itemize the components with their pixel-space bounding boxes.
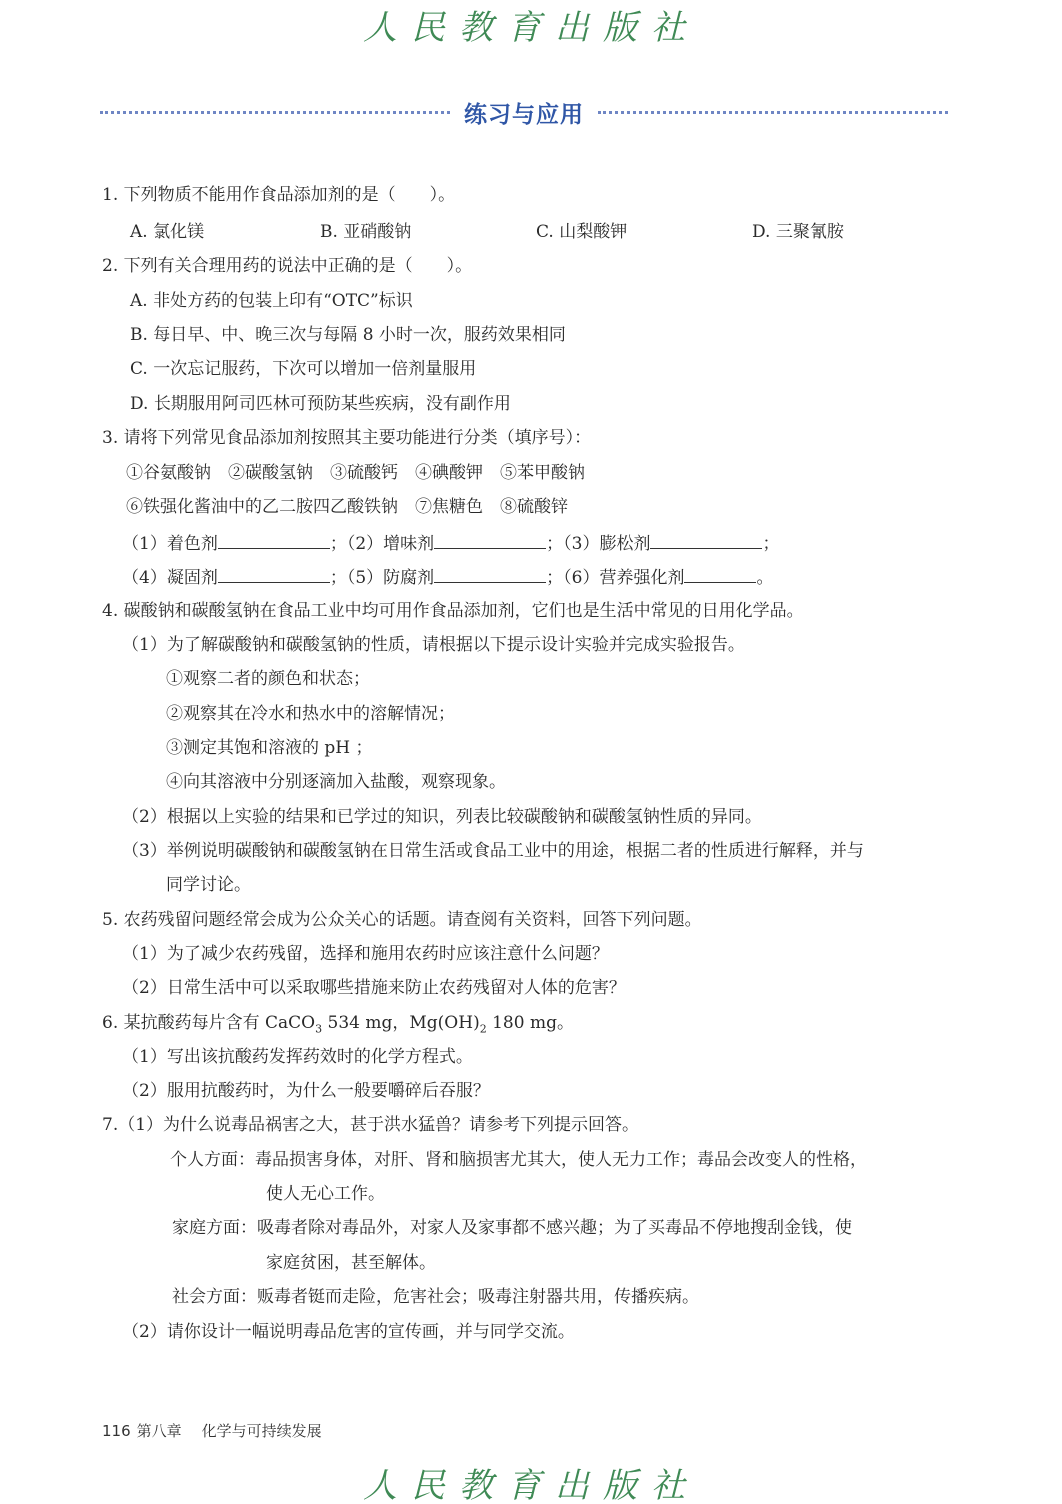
separator: ； (546, 568, 563, 588)
question-4-step-4: ④向其溶液中分别逐滴加入盐酸，观察现象。 (166, 770, 506, 794)
question-5-sub-2: （2）日常生活中可以采取哪些措施来防止农药残留对人体的危害？ (122, 976, 626, 1000)
question-4-sub-2: （2）根据以上实验的结果和已学过的知识，列表比较碳酸钠和碳酸氢钠性质的异同。 (122, 805, 762, 829)
answer-blank-6[interactable] (684, 564, 756, 583)
question-4-step-1: ①观察二者的颜色和状态； (166, 667, 370, 691)
question-5-stem: 5. 农药残留问题经常会成为公众关心的话题。请查阅有关资料，回答下列问题。 (102, 908, 702, 932)
question-3-stem: 3. 请将下列常见食品添加剂按照其主要功能进行分类（填序号）： (102, 426, 591, 450)
question-7-personal-line1: 个人方面：毒品损害身体，对肝、肾和脑损害尤其大，使人无力工作；毒品会改变人的性格… (170, 1148, 867, 1172)
question-7-stem: 7.（1）为什么说毒品祸害之大，甚于洪水猛兽？请参考下列提示回答。 (102, 1113, 639, 1137)
question-1-stem: 1. 下列物质不能用作食品添加剂的是（ ）。 (102, 183, 455, 207)
question-4-step-3: ③测定其饱和溶液的 pH ； (166, 736, 373, 760)
blank-label-2: （2）增味剂 (347, 534, 434, 554)
answer-blank-4[interactable] (218, 564, 330, 583)
section-header: 练习与应用 (100, 96, 948, 128)
question-1-options: A. 氯化镁 B. 亚硝酸钠 C. 山梨酸钾 D. 三聚氰胺 (130, 220, 950, 244)
question-7-family-line2: 家庭贫困，甚至解体。 (266, 1251, 436, 1275)
dotted-divider-left (100, 111, 450, 114)
question-4-sub-3-line1: （3）举例说明碳酸钠和碳酸氢钠在日常生活或食品工业中的用途，根据二者的性质进行解… (122, 839, 864, 863)
question-4-sub-3-line2: 同学讨论。 (166, 873, 251, 897)
blank-label-5: （5）防腐剂 (347, 568, 434, 588)
question-4-step-2: ②观察其在冷水和热水中的溶解情况； (166, 702, 455, 726)
publisher-logo-top: 人民教育出版社 (0, 0, 1062, 49)
answer-blank-1[interactable] (218, 530, 330, 549)
question-2-option-b: B. 每日早、中、晚三次与每隔 8 小时一次，服药效果相同 (130, 323, 566, 347)
question-5-sub-1: （1）为了减少农药残留，选择和施用农药时应该注意什么问题？ (122, 942, 609, 966)
question-7-personal-line2: 使人无心工作。 (266, 1182, 385, 1206)
question-6-stem: 6. 某抗酸药每片含有 CaCO3 534 mg，Mg(OH)2 180 mg。 (102, 1011, 574, 1041)
blank-label-3: （3）膨松剂 (563, 534, 650, 554)
question-2-stem: 2. 下列有关合理用药的说法中正确的是（ ）。 (102, 254, 472, 278)
separator: 。 (756, 568, 773, 588)
question-7-sub-2: （2）请你设计一幅说明毒品危害的宣传画，并与同学交流。 (122, 1320, 575, 1344)
separator: ； (330, 534, 347, 554)
option-c: C. 山梨酸钾 (536, 220, 627, 244)
question-7-society-line1: 社会方面：贩毒者铤而走险，危害社会；吸毒注射器共用，传播疾病。 (172, 1285, 699, 1309)
stem-text: 534 mg，Mg(OH) (322, 1013, 480, 1033)
subscript: 2 (480, 1022, 487, 1035)
separator: ； (762, 534, 779, 554)
stem-text: 6. 某抗酸药每片含有 CaCO (102, 1013, 315, 1033)
blank-label-4: （4）凝固剂 (122, 568, 218, 588)
answer-blank-3[interactable] (650, 530, 762, 549)
option-a: A. 氯化镁 (130, 220, 204, 244)
question-3-blanks-row2: （4）凝固剂；（5）防腐剂；（6）营养强化剂。 (122, 564, 773, 590)
question-2-option-c: C. 一次忘记服药，下次可以增加一倍剂量服用 (130, 357, 476, 381)
page-number: 116 (102, 1422, 131, 1440)
question-3-blanks-row1: （1）着色剂；（2）增味剂；（3）膨松剂； (122, 530, 779, 556)
publisher-logo-bottom: 人民教育出版社 (0, 1458, 1062, 1504)
answer-blank-5[interactable] (434, 564, 546, 583)
section-title: 练习与应用 (450, 96, 598, 129)
chapter-title: 化学与可持续发展 (202, 1422, 322, 1440)
dotted-divider-right (598, 111, 948, 114)
blank-label-1: （1）着色剂 (122, 534, 218, 554)
option-b: B. 亚硝酸钠 (320, 220, 411, 244)
option-d: D. 三聚氰胺 (752, 220, 844, 244)
separator: ； (546, 534, 563, 554)
question-3-items-line2: ⑥铁强化酱油中的乙二胺四乙酸铁钠 ⑦焦糖色 ⑧硫酸锌 (126, 495, 568, 519)
separator: ； (330, 568, 347, 588)
stem-text: 180 mg。 (487, 1013, 574, 1033)
question-6-sub-2: （2）服用抗酸药时，为什么一般要嚼碎后吞服？ (122, 1079, 490, 1103)
question-7-family-line1: 家庭方面：吸毒者除对毒品外，对家人及家事都不感兴趣；为了买毒品不停地搜刮金钱，使 (172, 1216, 852, 1240)
page-footer: 116第八章化学与可持续发展 (102, 1420, 322, 1441)
question-4-stem: 4. 碳酸钠和碳酸氢钠在食品工业中均可用作食品添加剂，它们也是生活中常见的日用化… (102, 599, 804, 623)
blank-label-6: （6）营养强化剂 (563, 568, 684, 588)
chapter-label: 第八章 (137, 1422, 182, 1440)
question-4-sub-1: （1）为了解碳酸钠和碳酸氢钠的性质，请根据以下提示设计实验并完成实验报告。 (122, 633, 745, 657)
question-2-option-a: A. 非处方药的包装上印有“OTC”标识 (130, 289, 413, 313)
question-3-items-line1: ①谷氨酸钠 ②碳酸氢钠 ③硫酸钙 ④碘酸钾 ⑤苯甲酸钠 (126, 461, 585, 485)
question-6-sub-1: （1）写出该抗酸药发挥药效时的化学方程式。 (122, 1045, 473, 1069)
question-2-option-d: D. 长期服用阿司匹林可预防某些疾病，没有副作用 (130, 392, 511, 416)
answer-blank-2[interactable] (434, 530, 546, 549)
